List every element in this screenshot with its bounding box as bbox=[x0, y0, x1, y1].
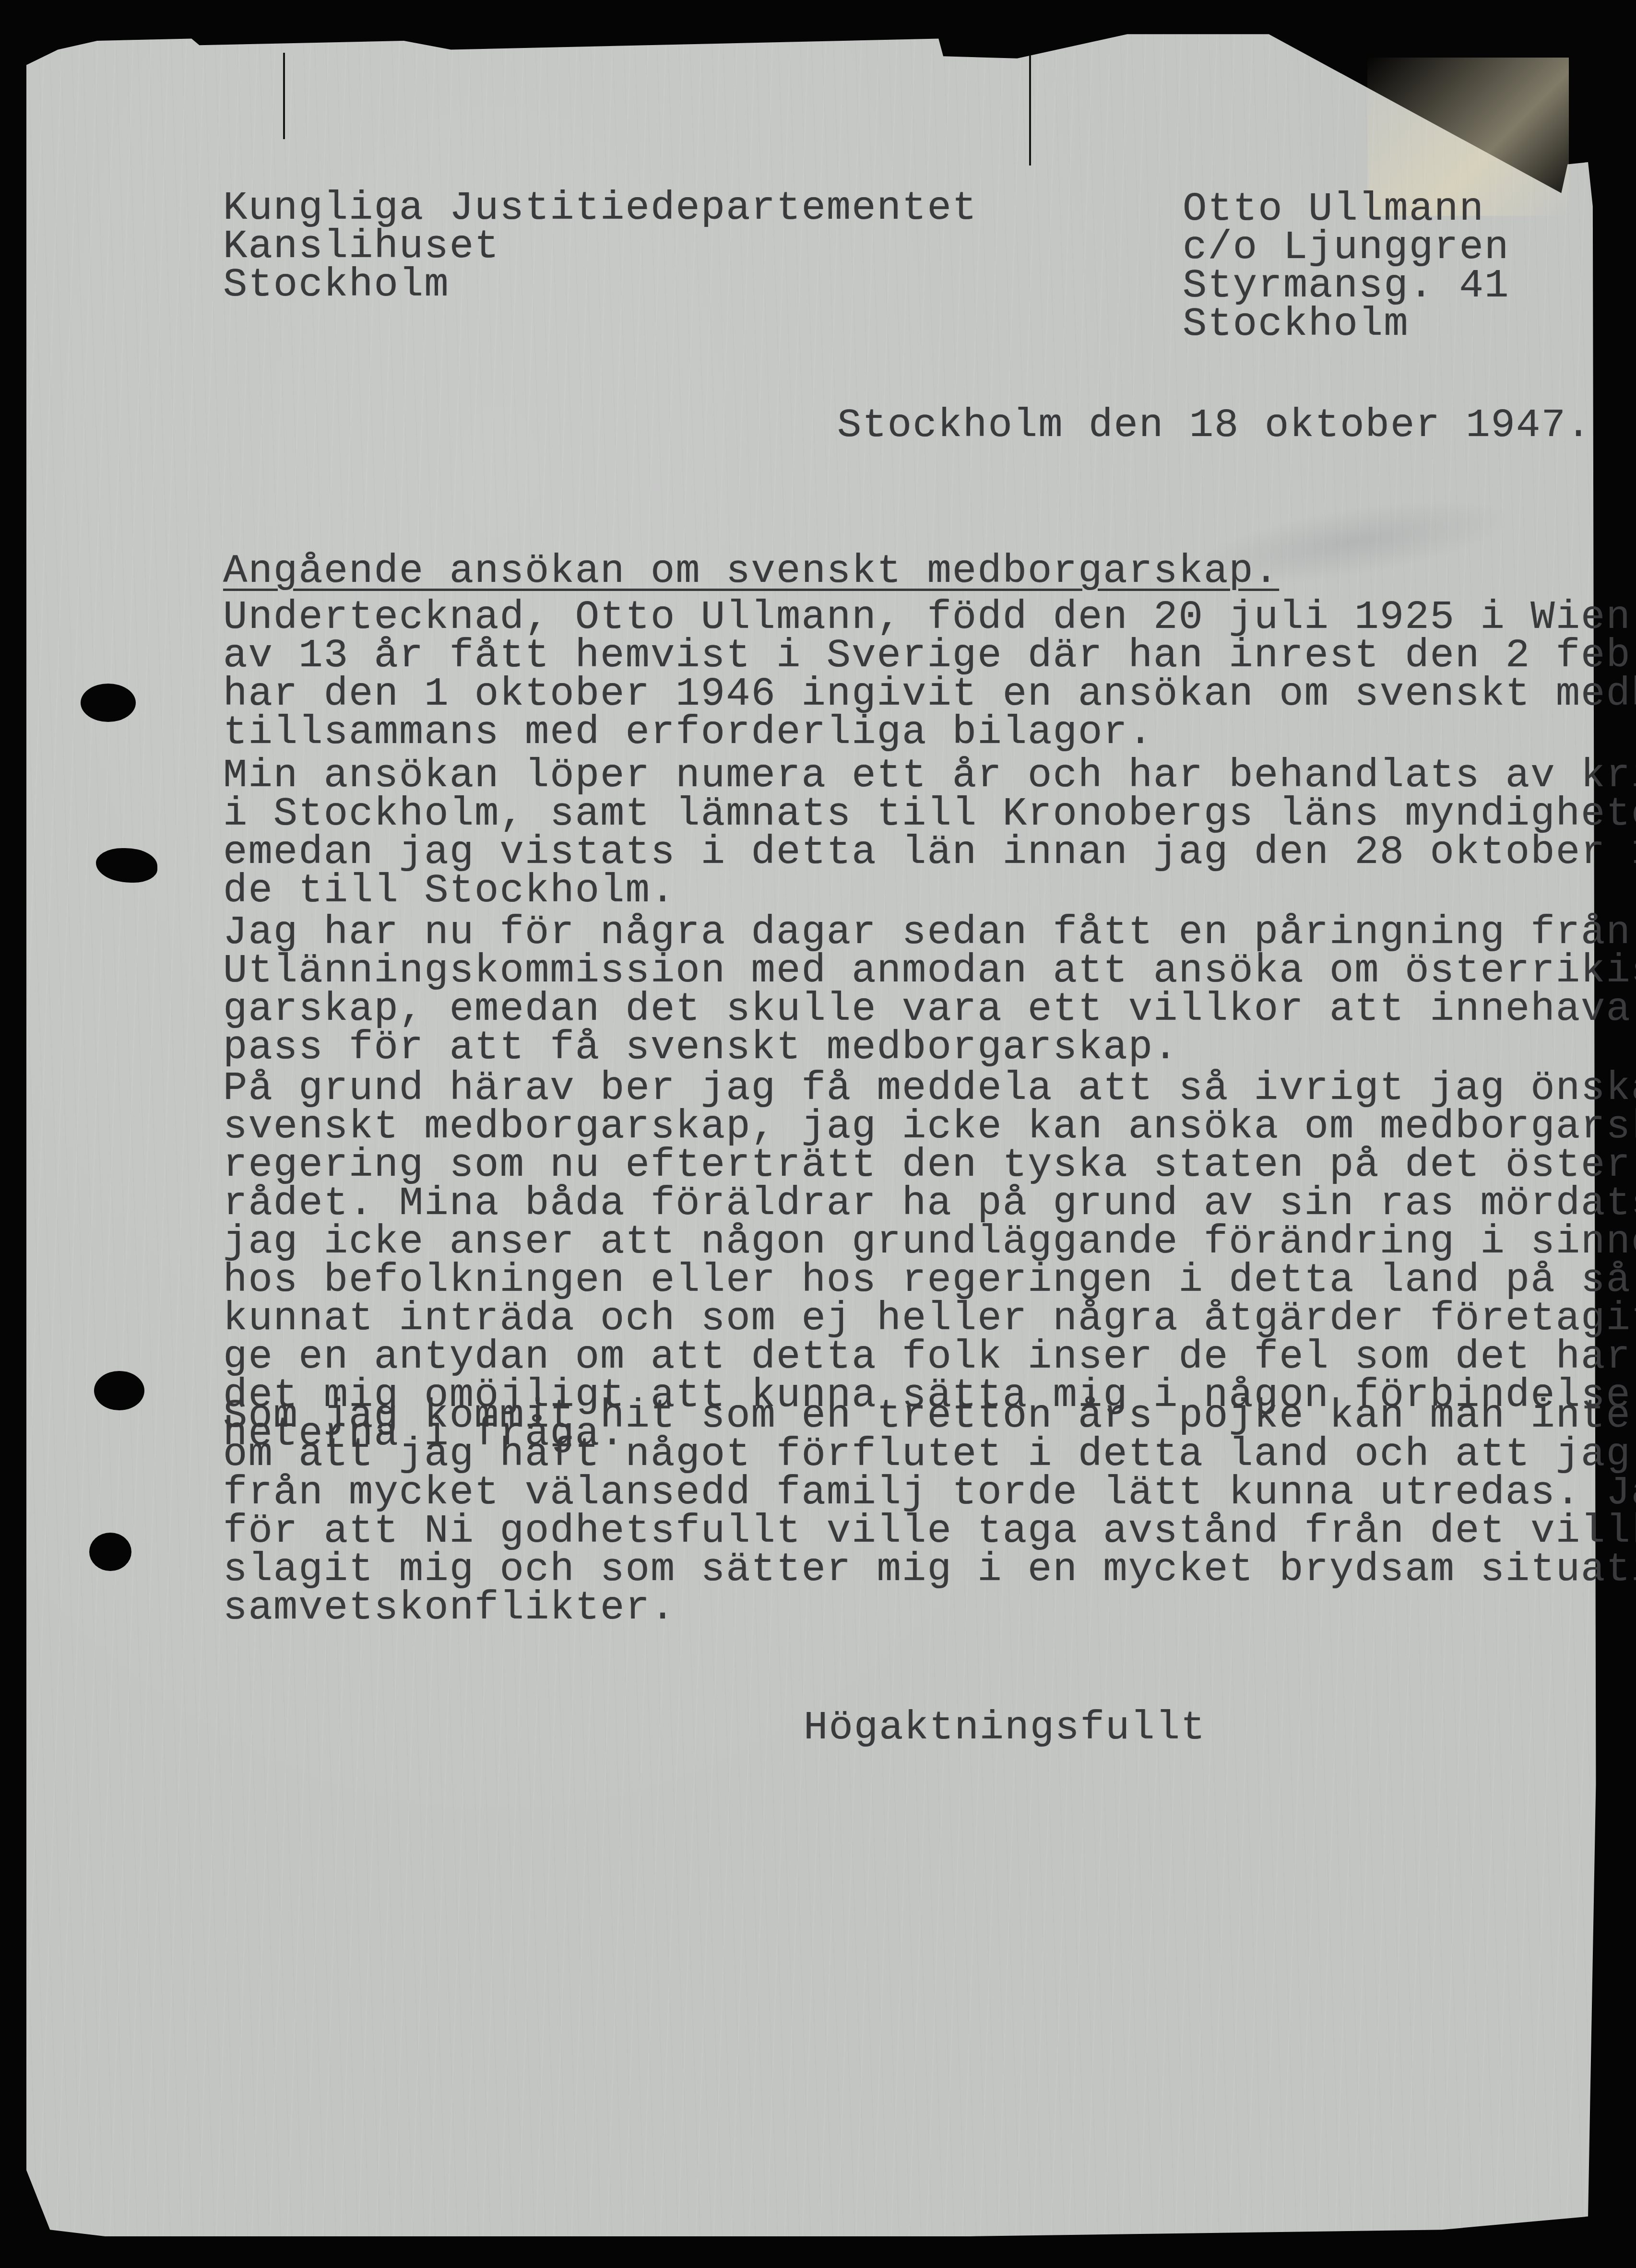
body-paragraph: Min ansökan löper numera ett år och har … bbox=[223, 757, 1636, 910]
text-line: svenskt medborgarskap, jag icke kan ansö… bbox=[223, 1108, 1636, 1146]
punch-hole bbox=[89, 1533, 131, 1571]
paper-tear bbox=[1029, 55, 1031, 165]
text-line: de till Stockholm. bbox=[223, 872, 1636, 910]
text-line: pass för att få svenskt medborgarskap. bbox=[223, 1029, 1636, 1067]
text-line: Undertecknad, Otto Ullmann, född den 20 … bbox=[223, 599, 1636, 637]
punch-hole bbox=[94, 1371, 144, 1410]
closing-salutation: Högaktningsfullt bbox=[804, 1709, 1206, 1748]
sender-address: Otto Ullmann c/o Ljunggren Styrmansg. 41… bbox=[1183, 190, 1509, 344]
text-line: slagit mig och som sätter mig i en mycke… bbox=[223, 1551, 1636, 1589]
subject-line: Angående ansökan om svenskt medborgarska… bbox=[223, 553, 1279, 591]
punch-hole bbox=[81, 684, 136, 722]
body-paragraph: Som jag kommit hit som en tretton års po… bbox=[223, 1397, 1636, 1628]
body-paragraph: Undertecknad, Otto Ullmann, född den 20 … bbox=[223, 599, 1636, 752]
recipient-line: Stockholm bbox=[223, 262, 450, 308]
text-line: för att Ni godhetsfullt ville taga avstå… bbox=[223, 1512, 1636, 1551]
text-line: På grund härav ber jag få meddela att så… bbox=[223, 1070, 1636, 1108]
text-line: rådet. Mina båda föräldrar ha på grund a… bbox=[223, 1185, 1636, 1223]
recipient-address: Kungliga Justitiedepartementet Kanslihus… bbox=[223, 189, 977, 305]
text-line: Min ansökan löper numera ett år och har … bbox=[223, 757, 1636, 795]
text-line: regering som nu efterträtt den tyska sta… bbox=[223, 1146, 1636, 1185]
text-line: Utlänningskommission med anmodan att ans… bbox=[223, 952, 1636, 991]
text-line: Som jag kommit hit som en tretton års po… bbox=[223, 1397, 1636, 1436]
text-line: samvetskonflikter. bbox=[223, 1589, 1636, 1628]
text-line: hos befolkningen eller hos regeringen i … bbox=[223, 1262, 1636, 1300]
text-line: tillsammans med erforderliga bilagor. bbox=[223, 714, 1636, 752]
text-line: från mycket välansedd familj torde lätt … bbox=[223, 1474, 1636, 1512]
body-paragraph: Jag har nu för några dagar sedan fått en… bbox=[223, 914, 1636, 1067]
paper-tear bbox=[283, 53, 285, 139]
text-line: i Stockholm, samt lämnats till Kronoberg… bbox=[223, 795, 1636, 834]
text-line: emedan jag vistats i detta län innan jag… bbox=[223, 834, 1636, 872]
sender-line: Stockholm bbox=[1183, 302, 1409, 347]
text-line: ge en antydan om att detta folk inser de… bbox=[223, 1338, 1636, 1377]
text-line: kunnat inträda och som ej heller några å… bbox=[223, 1300, 1636, 1338]
text-line: Jag har nu för några dagar sedan fått en… bbox=[223, 914, 1636, 952]
text-line: har den 1 oktober 1946 ingivit en ansöka… bbox=[223, 675, 1636, 714]
text-line: av 13 år fått hemvist i Sverige där han … bbox=[223, 637, 1636, 675]
text-line: jag icke anser att någon grundläggande f… bbox=[223, 1223, 1636, 1262]
text-line: om att jag haft något förflutet i detta … bbox=[223, 1436, 1636, 1474]
text-line: garskap, emedan det skulle vara ett vill… bbox=[223, 991, 1636, 1029]
dateline: Stockholm den 18 oktober 1947. bbox=[837, 407, 1591, 445]
